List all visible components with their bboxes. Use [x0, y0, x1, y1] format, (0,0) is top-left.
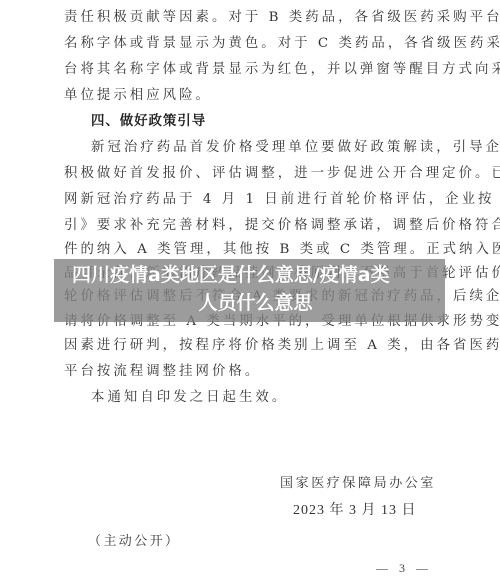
section-line-2: 积极做好首发报价、评估调整，进一步促进公开合理定价。已挂 — [64, 165, 436, 183]
section-line-10: 平台按流程调整挂网价格。 — [64, 363, 436, 381]
effective-line: 本通知自印发之日起生效。 — [91, 389, 436, 407]
section-line-5: 件的纳入 A 类管理，其他按 B 类或 C 类管理。正式纳入医保药 — [64, 241, 436, 259]
overlay-title-line-1: 四川疫情a类地区是什么意思/疫情a类 — [66, 261, 445, 289]
overlay-title-line-2: 人员什么意思 — [66, 289, 445, 317]
issuer-name: 国家医疗保障局办公室 — [280, 472, 436, 491]
body-line-4: 单位提示相应风险。 — [64, 87, 436, 105]
section-line-3: 网新冠治疗药品于 4 月 1 日前进行首轮价格评估，企业按《指 — [64, 191, 436, 209]
page-number: — 3 — — [376, 561, 432, 576]
section-line-1: 新冠治疗药品首发价格受理单位要做好政策解读，引导企业 — [91, 139, 436, 157]
body-line-3: 台将其名称字体或背景显示为红色，并以弹窗等醒目方式向采购 — [64, 61, 436, 79]
body-line-2: 名称字体或背景显示为黄色。对于 C 类药品，各省级医药采购平 — [64, 35, 436, 53]
section-line-4: 引》要求补充完善材料，提交价格调整承诺，调整后价格符合条 — [64, 217, 436, 235]
section-line-9: 因素进行研判，按程序将价格类别上调至 A 类，由各省医药采购 — [64, 337, 436, 355]
section-heading: 四、做好政策引导 — [91, 113, 206, 131]
overlay-title: 四川疫情a类地区是什么意思/疫情a类 人员什么意思 — [54, 261, 445, 317]
issue-date: 2023 年 3 月 13 日 — [293, 499, 417, 519]
disclosure-label: （主动公开） — [88, 530, 180, 549]
body-line-1: 责任积极贡献等因素。对于 B 类药品，各省级医药采购平台将其 — [64, 9, 436, 27]
